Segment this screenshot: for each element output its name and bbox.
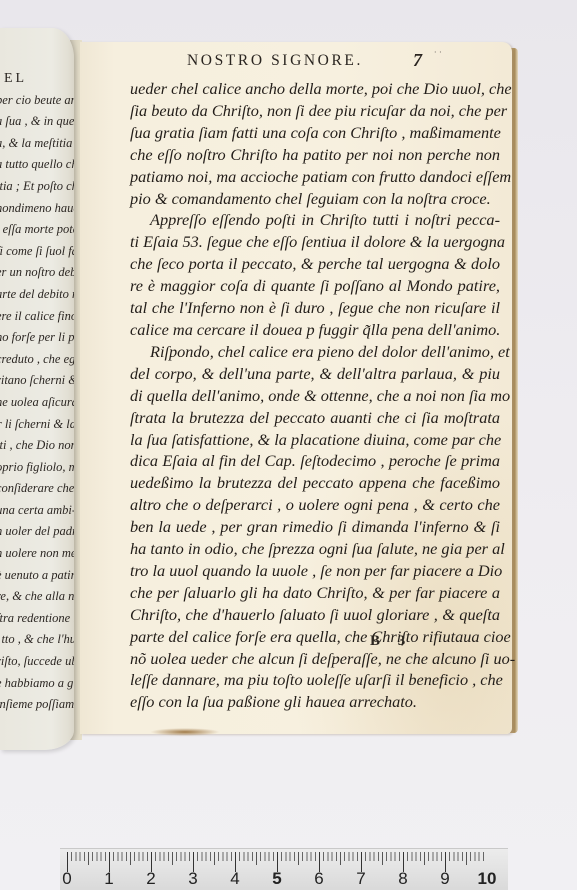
text-line: nõ uolea ueder che alcun ſi deſperaſſe, …: [130, 648, 500, 670]
left-line: ritano ſcherni &: [0, 370, 74, 392]
left-line: conſiderare chel: [0, 478, 74, 500]
text-line: eſſo con la ſua paßione gli haueа arrech…: [130, 691, 500, 713]
left-line: creduto , che egli: [0, 349, 74, 371]
left-line: n uoler del padre: [0, 521, 74, 543]
text-line: che eſſo noſtro Chriſto ha patito per no…: [130, 144, 500, 166]
page-number: 7: [413, 50, 422, 71]
signature-mark: B 3: [370, 633, 405, 650]
text-line: che ſeco porta il peccato, & perche tal …: [130, 253, 500, 275]
left-line: ſtra redentione il: [0, 608, 74, 630]
ruler-label: 10: [478, 869, 497, 889]
text-line: dica Eſaia al fin del Cap. ſeſtodecimo ,…: [130, 450, 500, 472]
text-line: Chriſto, che d'hauerlo ſaluato ſi uuol g…: [130, 604, 500, 626]
left-line: a ſua , & in queſta: [0, 111, 74, 133]
text-line: ti Eſaia 53. ſegue che eſſo ſentiua il d…: [130, 231, 500, 253]
running-head-title: NOSTRO SIGNORE.: [187, 52, 363, 70]
scale-ruler: 0 1 2 3 4 5 6 7 8 9 10: [60, 848, 508, 890]
left-line: re, & che alla no: [0, 586, 74, 608]
left-line: è uenuto a patire: [0, 565, 74, 587]
running-head: NOSTRO SIGNORE. 7: [107, 52, 507, 78]
text-line: ben la uede , per gran rimedio ſi dimand…: [130, 516, 500, 538]
left-line: nondimeno hauen-: [0, 198, 74, 220]
ruler-labels: 0 1 2 3 4 5 6 7 8 9 10: [60, 869, 508, 889]
left-line: inſieme poſſiamo: [0, 694, 74, 716]
text-line: pio & comandamento chel ſeguiam con la n…: [130, 188, 500, 210]
text-line: calice ma cercare il douea p fuggir q̃ll…: [130, 319, 500, 341]
ruler-label: 3: [188, 869, 197, 889]
text-line: Appreſſo eſſendo poſti in Chriſto tutti …: [130, 209, 500, 231]
text-line: ſtrata la brutezza del peccato auanti ch…: [130, 407, 500, 429]
text-line: ha tanto in odio, che ſprezza ogni ſua ſ…: [130, 538, 500, 560]
left-line: ho forſe per li pun: [0, 327, 74, 349]
ruler-label: 4: [230, 869, 239, 889]
left-line: arte del debito mol: [0, 284, 74, 306]
text-line: parte del calice forſe era quella, che C…: [130, 626, 500, 648]
text-line: tro la uuol quando la uuole , ſe non per…: [130, 560, 500, 582]
left-page: EL per cio beute ama a ſua , & in queſta…: [0, 28, 74, 750]
left-line: i eſſa morte potea: [0, 219, 74, 241]
text-line: ſua gratia ſiam fatti una coſa con Chriſ…: [130, 122, 500, 144]
text-line: uedeßimo la brutezza del peccato appena …: [130, 472, 500, 494]
left-line: itia ; Et poſto che: [0, 176, 74, 198]
left-line: er un noſtro debi-: [0, 262, 74, 284]
left-line: una certa ambi-: [0, 500, 74, 522]
text-line: ueder chel calice ancho della morte, poi…: [130, 78, 500, 100]
ruler-label: 7: [356, 869, 365, 889]
ruler-label: 0: [62, 869, 71, 889]
text-line: tal che l'Inferno non è ſi duro , ſegue …: [130, 297, 500, 319]
text-line: ſia beuto da Chriſto, non ſi dee piu ric…: [130, 100, 500, 122]
left-line: tto , & che l'hu: [0, 629, 74, 651]
text-line: re è maggior coſa di quante ſi poſſano a…: [130, 275, 500, 297]
text-line: di quella dell'animo, onde & ottenne, ch…: [130, 385, 500, 407]
left-line: ere il calice fino al: [0, 306, 74, 328]
left-page-text: EL per cio beute ama a ſua , & in queſta…: [0, 68, 74, 716]
left-line: a, & la meſtitia ha: [0, 133, 74, 155]
left-line: ſi come ſi ſuol fa: [0, 241, 74, 263]
left-page-header: EL: [0, 68, 74, 90]
left-line: per cio beute ama: [0, 90, 74, 112]
text-line: che per ſaluarlo gli ha dato Chriſto, & …: [130, 582, 500, 604]
page-body-text: ueder chel calice ancho della morte, poi…: [130, 78, 500, 713]
ruler-label: 5: [272, 869, 281, 889]
ruler-label: 2: [146, 869, 155, 889]
text-line: leſſe dannare, ma piu toſto uoleſſe uſar…: [130, 669, 500, 691]
left-line: n uolere non me-: [0, 543, 74, 565]
ruler-label: 1: [104, 869, 113, 889]
text-line: del corpo, & dell'una parte, & dell'altr…: [130, 363, 500, 385]
ruler-label: 8: [398, 869, 407, 889]
left-line: oprio figliolo, ma: [0, 457, 74, 479]
left-line: a tutto quello che: [0, 154, 74, 176]
left-line: e habbiamo a gli: [0, 673, 74, 695]
left-line: r li ſcherni & la: [0, 414, 74, 436]
ruler-label: 9: [440, 869, 449, 889]
text-line: Riſpondo, chel calice era pieno del dolo…: [130, 341, 500, 363]
left-line: riſto, ſuccede ubi: [0, 651, 74, 673]
left-line: he uolea aſicurar: [0, 392, 74, 414]
text-line: patiamo noi, ma accioche patiam con frut…: [130, 166, 500, 188]
foxing-stain: [150, 728, 220, 736]
ruler-label: 6: [314, 869, 323, 889]
left-line: tti , che Dio non: [0, 435, 74, 457]
text-line: altro che o deſperarci , o uolere ogni p…: [130, 494, 500, 516]
text-line: la ſua ſatisfattione, & la placatione di…: [130, 429, 500, 451]
